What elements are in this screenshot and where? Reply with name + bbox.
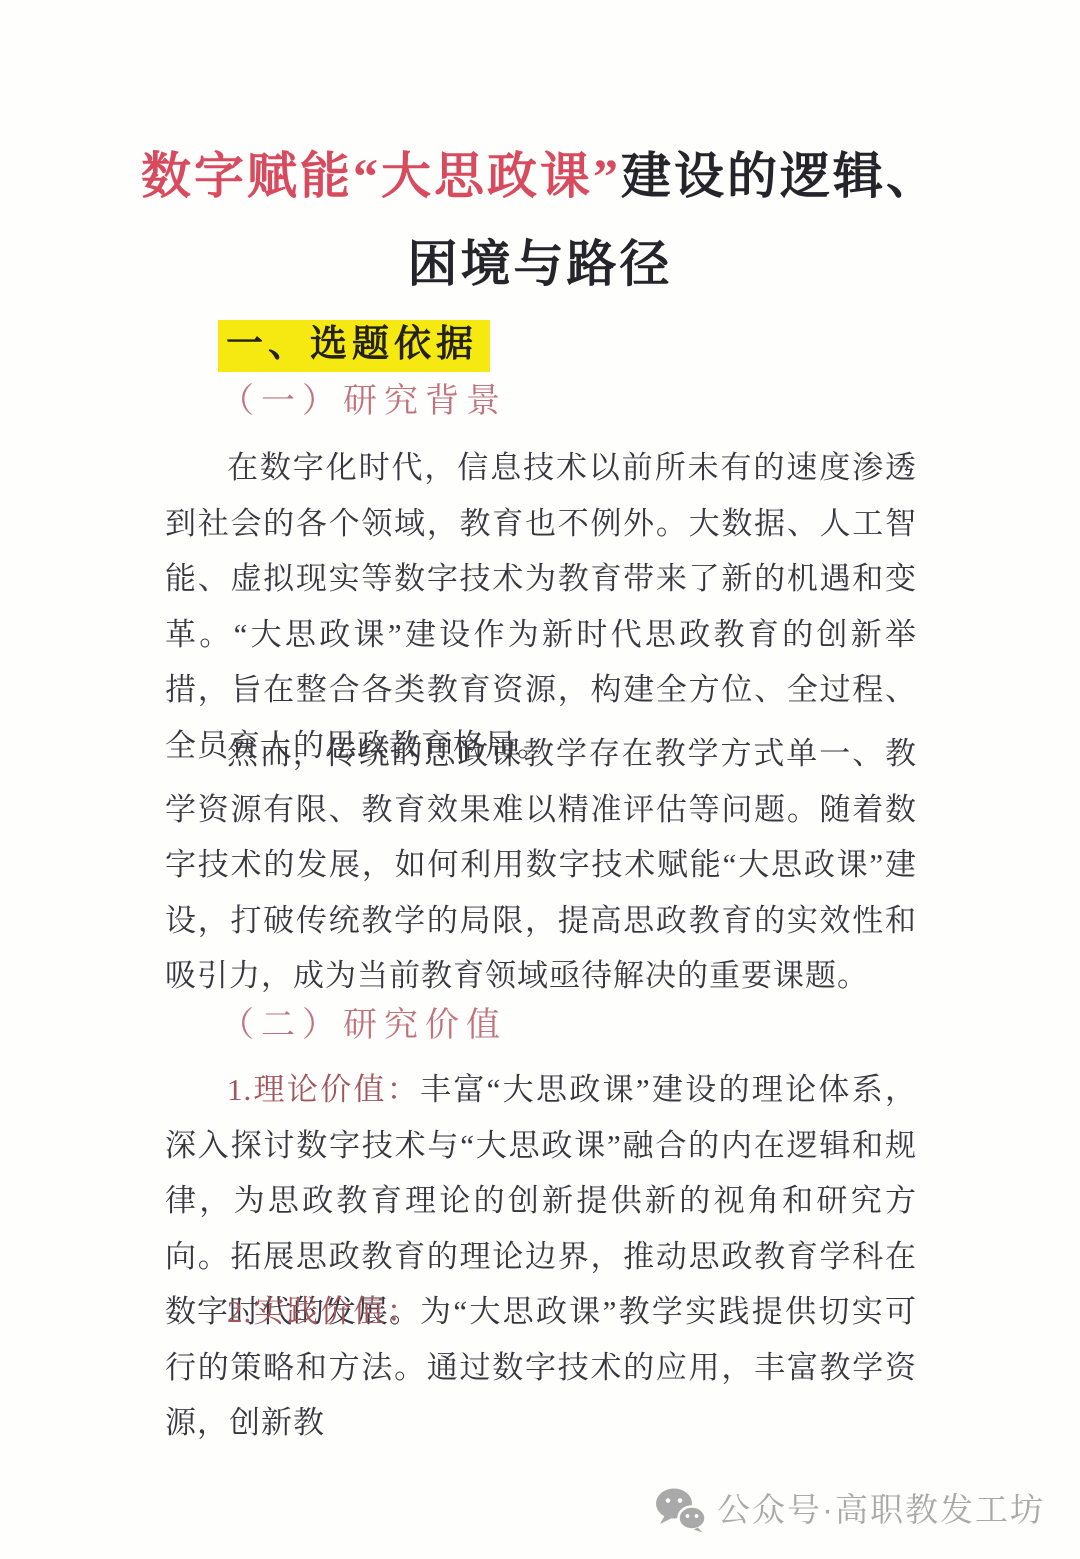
page-title-red-part: 数字赋能“大思政课” (141, 148, 621, 204)
paragraph-1: 在数字化时代，信息技术以前所未有的速度渗透到社会的各个领域，教育也不例外。大数据… (165, 440, 917, 773)
subheading-research-value: （二）研究价值 (220, 1006, 507, 1046)
page-title: 数字赋能“大思政课”建设的逻辑、 困境与路径 (0, 132, 1080, 308)
section-heading-1: 一、选题依据 (218, 320, 490, 372)
watermark: 公众号·高职教发工坊 (655, 1486, 1045, 1534)
page-title-line2: 困境与路径 (0, 220, 1080, 308)
watermark-text: 公众号·高职教发工坊 (717, 1486, 1045, 1534)
paragraph-2: 然而，传统的思政课教学存在教学方式单一、教学资源有限、教育效果难以精准评估等问题… (165, 726, 917, 1004)
highlighted-heading: 一、选题依据 (218, 320, 490, 372)
page-title-line1: 数字赋能“大思政课”建设的逻辑、 (0, 132, 1080, 220)
paragraph-practical-value: 2.实践价值：为“大思政课”教学实践提供切实可行的策略和方法。通过数字技术的应用… (165, 1284, 917, 1451)
item-label-theoretical: 1.理论价值： (227, 1072, 420, 1107)
page-title-black-part: 建设的逻辑、 (621, 148, 939, 204)
item-label-practical: 2.实践价值： (227, 1294, 420, 1329)
document-page: 数字赋能“大思政课”建设的逻辑、 困境与路径 一、选题依据 （一）研究背景 在数… (0, 0, 1080, 1559)
wechat-icon (655, 1487, 707, 1533)
subheading-research-background: （一）研究背景 (220, 382, 507, 422)
